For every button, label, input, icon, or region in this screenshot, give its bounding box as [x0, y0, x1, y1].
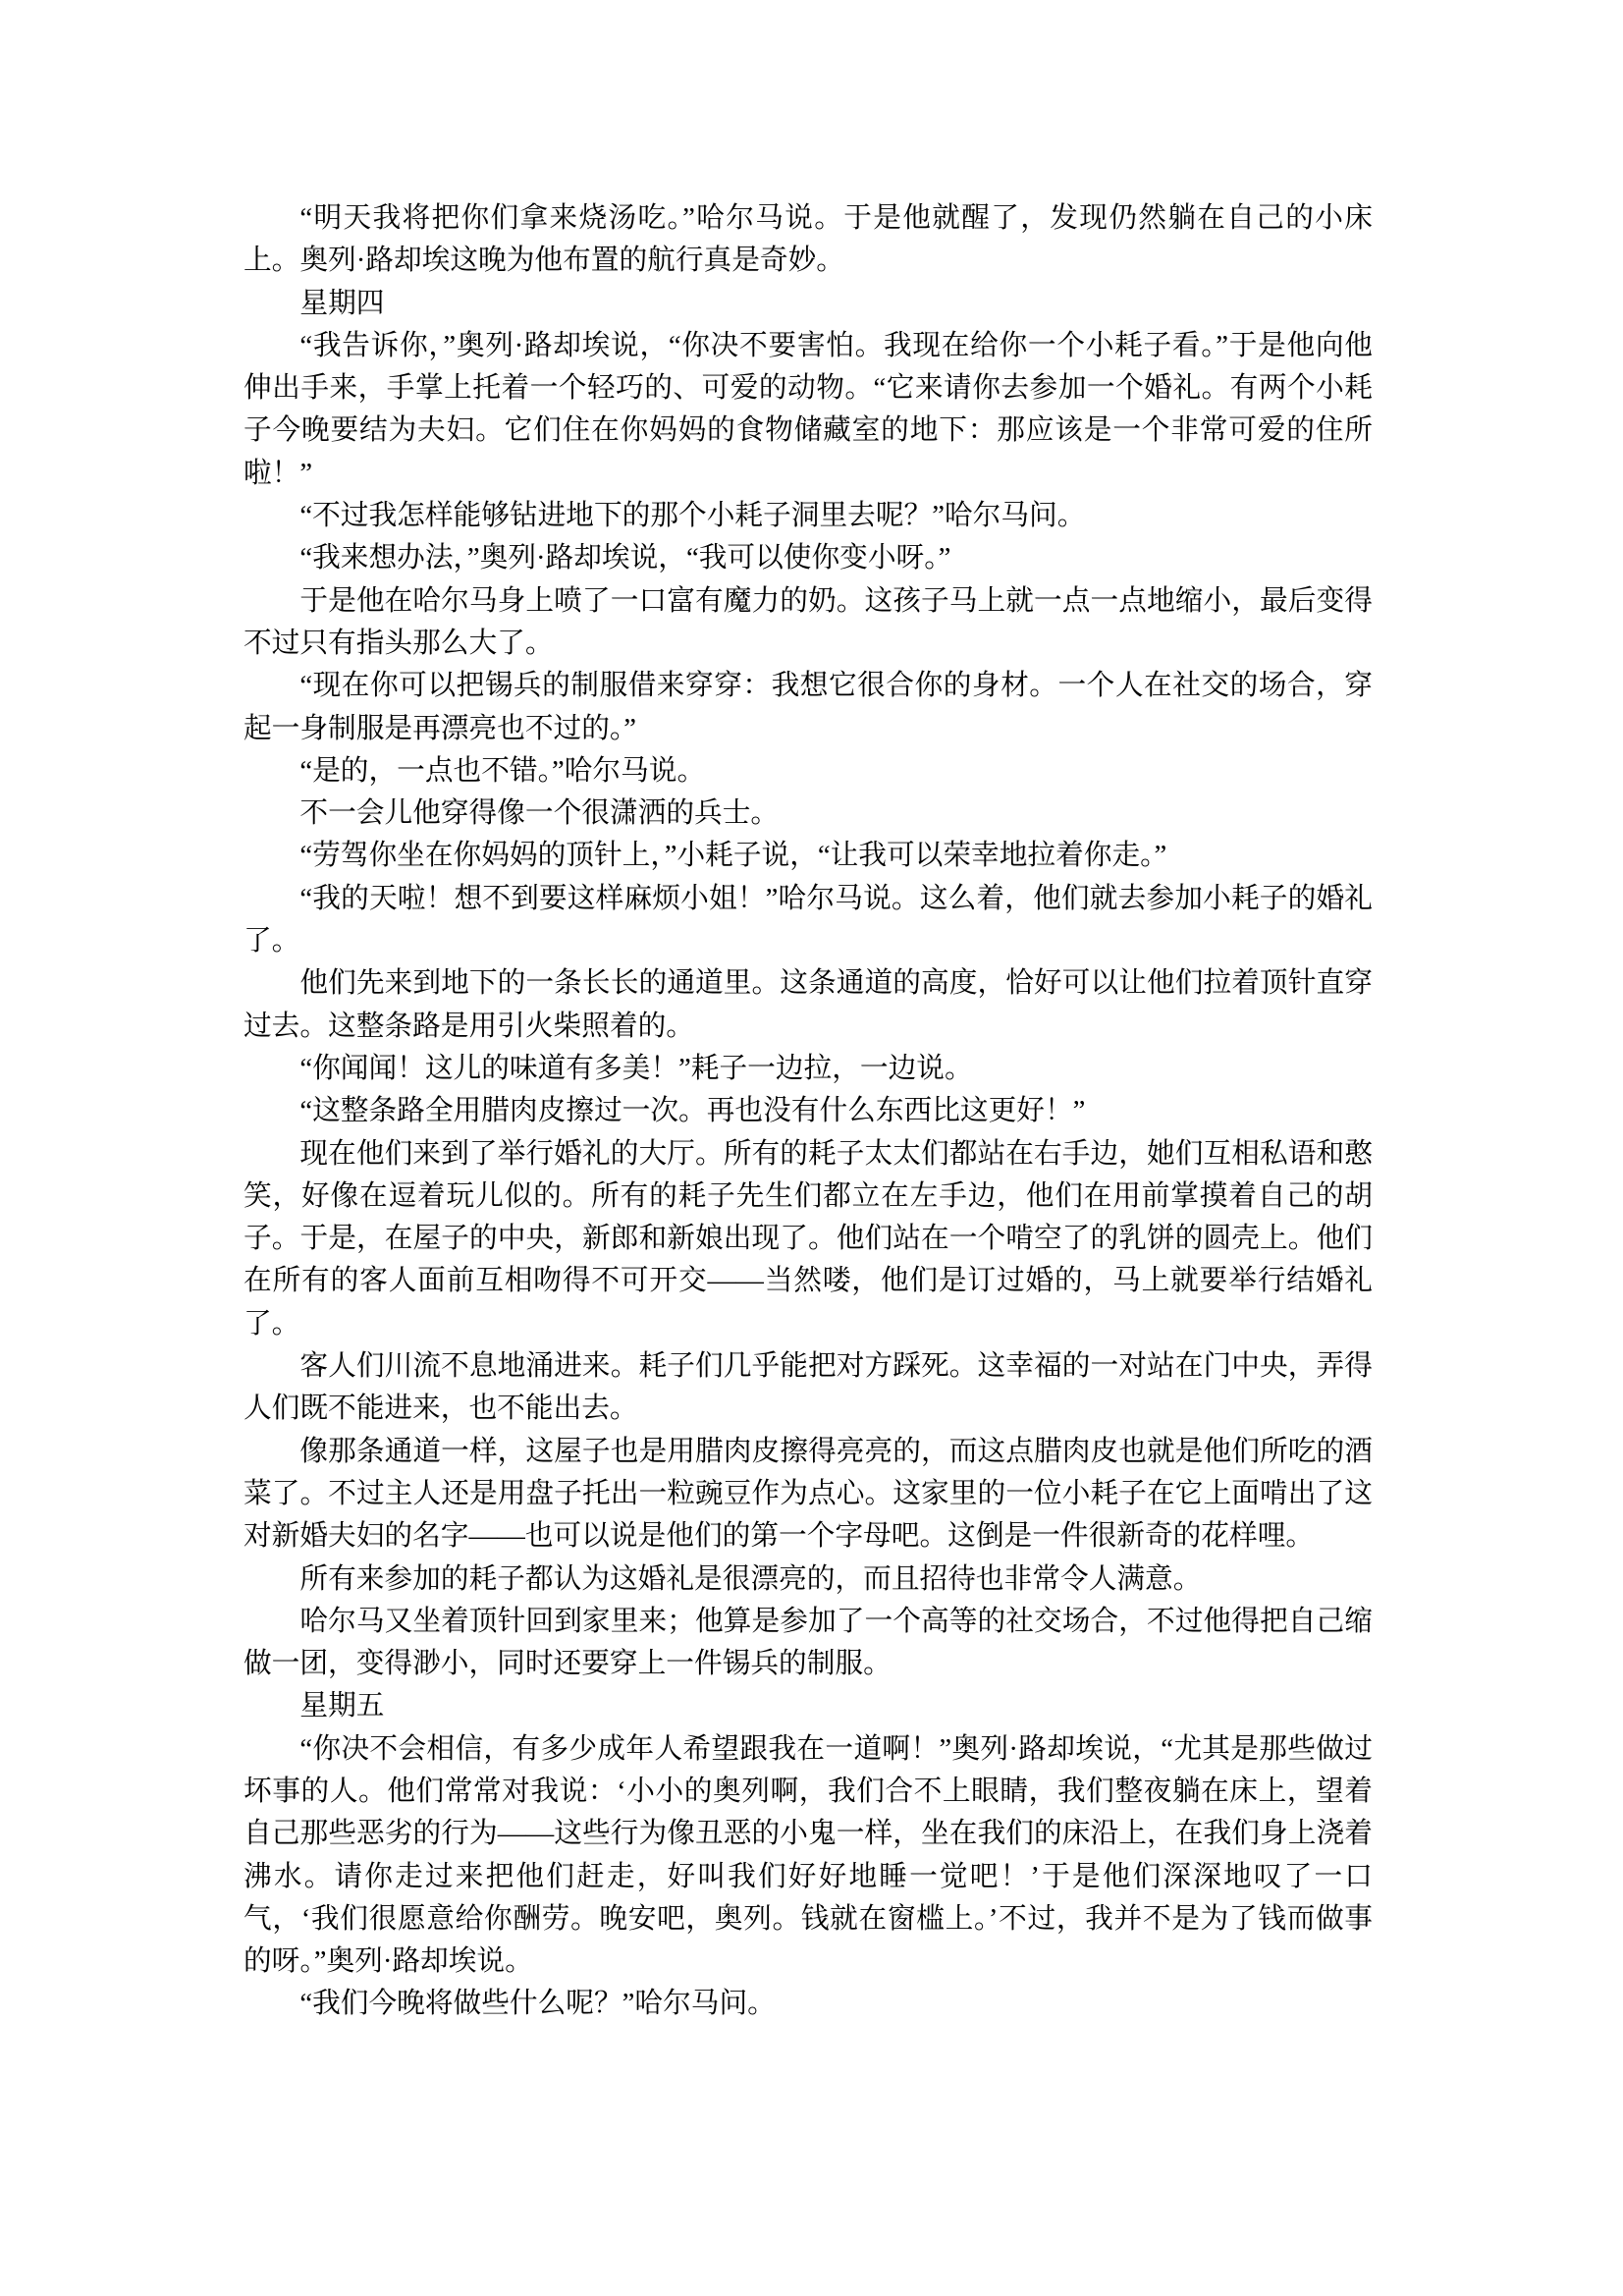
story-text-block: “明天我将把你们拿来烧汤吃。”哈尔马说。于是他就醒了，发现仍然躺在自己的小床上。…: [243, 197, 1373, 2026]
paragraph: “现在你可以把锡兵的制服借来穿穿：我想它很合你的身材。一个人在社交的场合，穿起一…: [243, 665, 1373, 750]
paragraph: “不过我怎样能够钻进地下的那个小耗子洞里去呢？”哈尔马问。: [243, 495, 1373, 537]
document-page: “明天我将把你们拿来烧汤吃。”哈尔马说。于是他就醒了，发现仍然躺在自己的小床上。…: [0, 0, 1623, 2296]
paragraph: “我的天啦！想不到要这样麻烦小姐！”哈尔马说。这么着，他们就去参加小耗子的婚礼了…: [243, 878, 1373, 963]
paragraph: “明天我将把你们拿来烧汤吃。”哈尔马说。于是他就醒了，发现仍然躺在自己的小床上。…: [243, 197, 1373, 283]
paragraph: “你决不会相信，有多少成年人希望跟我在一道啊！”奥列·路却埃说，“尤其是那些做过…: [243, 1728, 1373, 1984]
paragraph: 不一会儿他穿得像一个很潇洒的兵士。: [243, 793, 1373, 835]
paragraph: “这整条路全用腊肉皮擦过一次。再也没有什么东西比这更好！”: [243, 1090, 1373, 1132]
paragraph: 客人们川流不息地涌进来。耗子们几乎能把对方踩死。这幸福的一对站在门中央，弄得人们…: [243, 1345, 1373, 1431]
paragraph: “劳驾你坐在你妈妈的顶针上，”小耗子说，“让我可以荣幸地拉着你走。”: [243, 835, 1373, 877]
paragraph: “我来想办法，”奥列·路却埃说，“我可以使你变小呀。”: [243, 537, 1373, 579]
paragraph: 于是他在哈尔马身上喷了一口富有魔力的奶。这孩子马上就一点一点地缩小，最后变得不过…: [243, 580, 1373, 666]
paragraph: 星期五: [243, 1685, 1373, 1727]
paragraph: 所有来参加的耗子都认为这婚礼是很漂亮的，而且招待也非常令人满意。: [243, 1558, 1373, 1601]
paragraph: 他们先来到地下的一条长长的通道里。这条通道的高度，恰好可以让他们拉着顶针直穿过去…: [243, 962, 1373, 1048]
paragraph: 星期四: [243, 283, 1373, 325]
paragraph: 哈尔马又坐着顶针回到家里来；他算是参加了一个高等的社交场合，不过他得把自己缩做一…: [243, 1601, 1373, 1686]
paragraph: “我们今晚将做些什么呢？”哈尔马问。: [243, 1983, 1373, 2025]
paragraph: 现在他们来到了举行婚礼的大厅。所有的耗子太太们都站在右手边，她们互相私语和憨笑，…: [243, 1133, 1373, 1345]
paragraph: “我告诉你，”奥列·路却埃说，“你决不要害怕。我现在给你一个小耗子看。”于是他向…: [243, 325, 1373, 495]
paragraph: 像那条通道一样，这屋子也是用腊肉皮擦得亮亮的，而这点腊肉皮也就是他们所吃的酒菜了…: [243, 1431, 1373, 1558]
paragraph: “是的，一点也不错。”哈尔马说。: [243, 750, 1373, 793]
paragraph: “你闻闻！这儿的味道有多美！”耗子一边拉，一边说。: [243, 1048, 1373, 1090]
